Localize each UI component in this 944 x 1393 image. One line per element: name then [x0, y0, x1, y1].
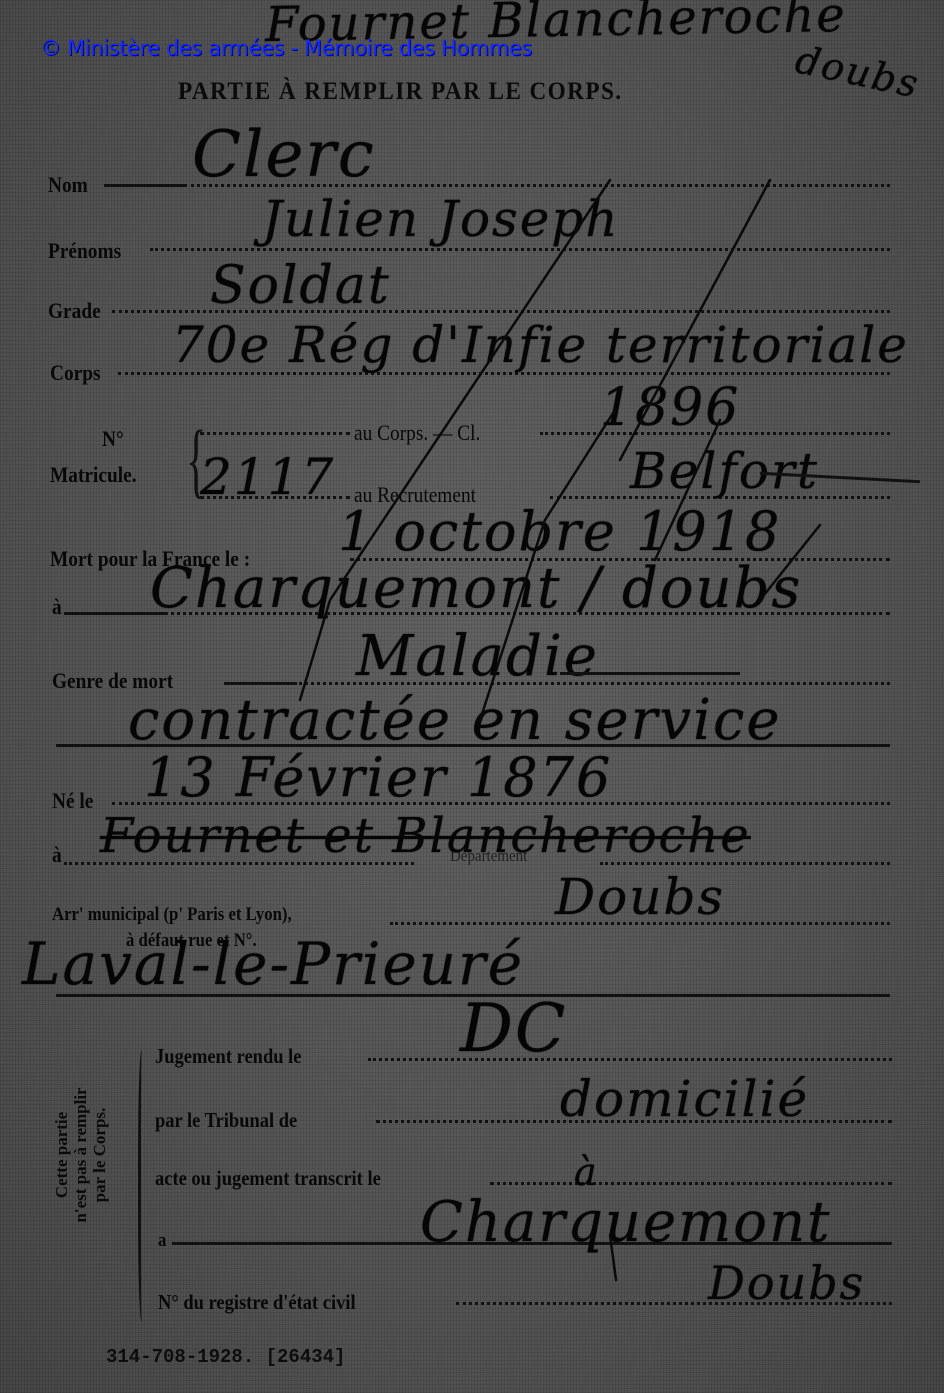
pen-strokes — [0, 0, 944, 1393]
document-page: Fournet Blancheroche doubs © Ministère d… — [0, 0, 944, 1393]
